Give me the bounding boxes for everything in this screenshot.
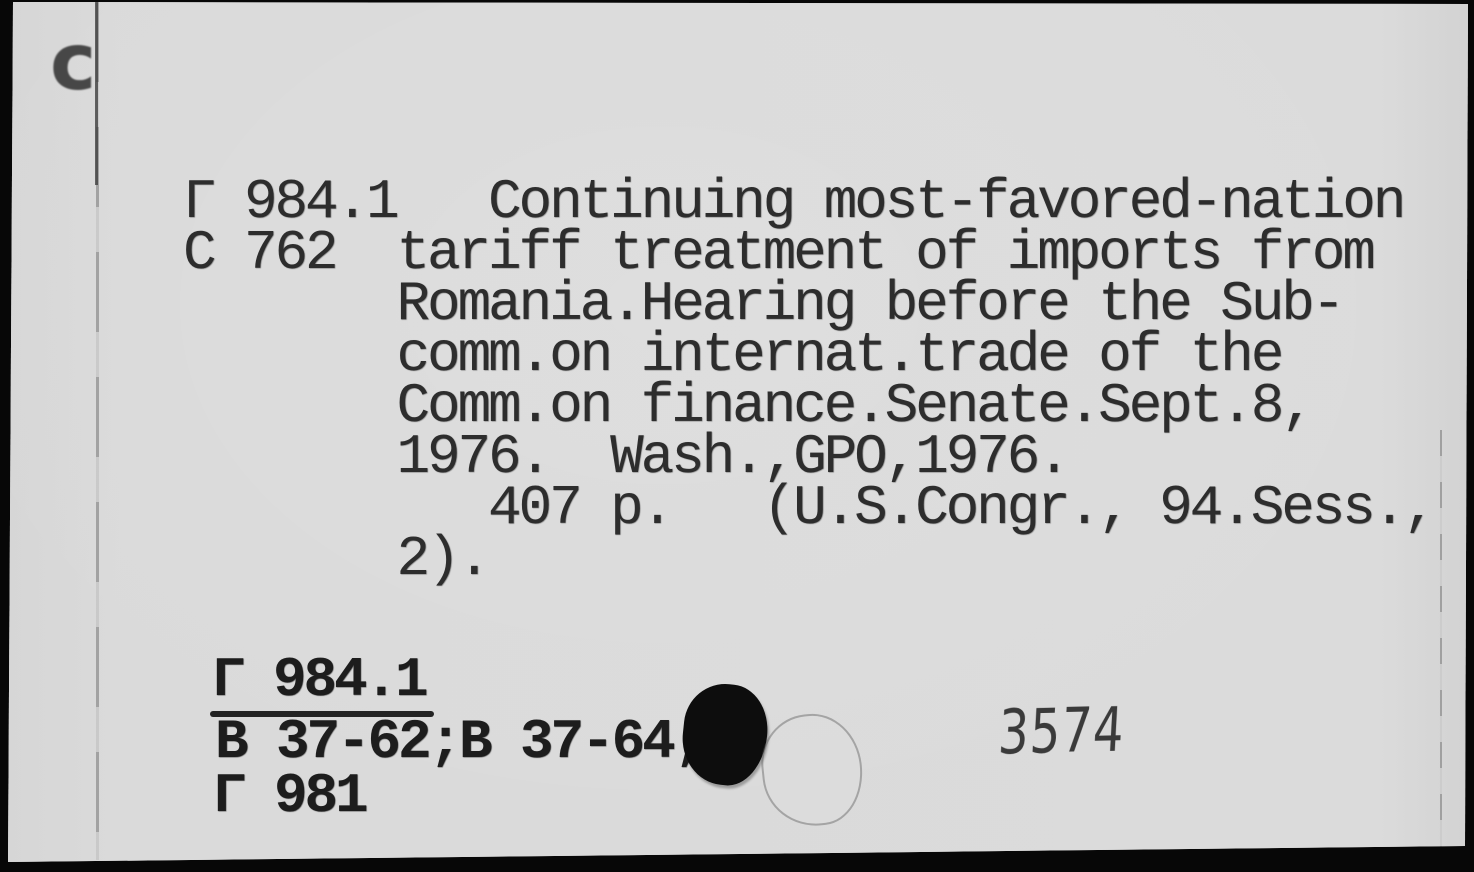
handwritten-corner-mark: c (50, 24, 96, 102)
handwritten-accession-number: 3574 (997, 699, 1127, 763)
call-number-secondary: Г 981 (213, 771, 366, 822)
scan-photo: c Г 984.1 Continuing most-favored-nation… (0, 0, 1474, 872)
catalog-entry-text: Г 984.1 Continuing most-favored-nation C… (183, 177, 1434, 585)
catalog-card: c Г 984.1 Continuing most-favored-nation… (0, 0, 1474, 872)
punch-hole-outline (756, 709, 867, 831)
card-edge-mark (1440, 430, 1442, 850)
shelf-codes: B 37-62;B 37-64; (215, 717, 703, 768)
call-number-primary: Г 984.1 (212, 655, 426, 706)
